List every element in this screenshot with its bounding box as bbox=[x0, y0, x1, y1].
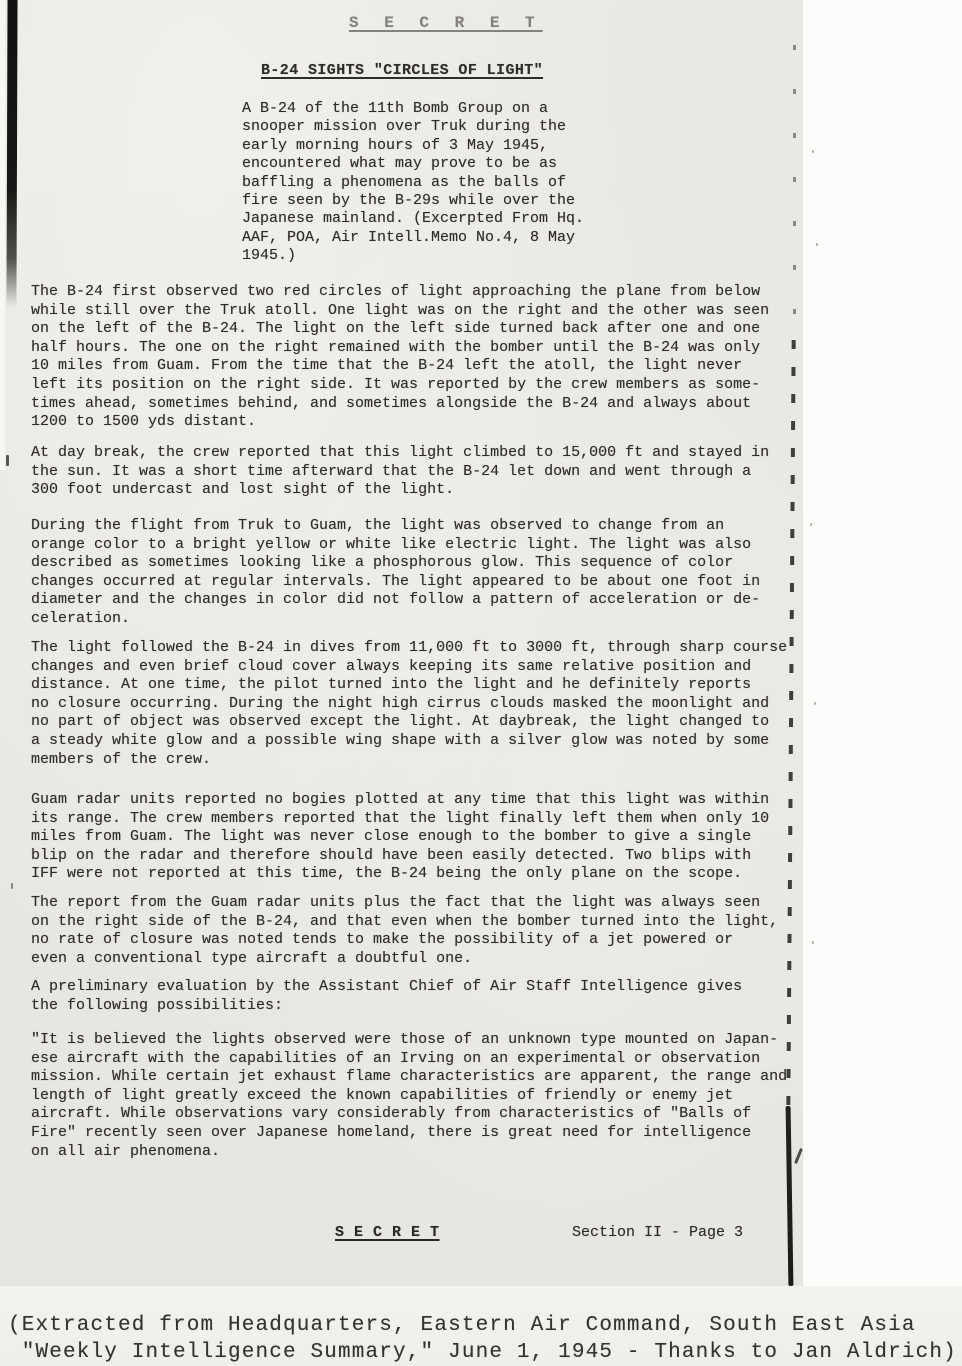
scan-speck bbox=[810, 523, 812, 526]
right-binding-line bbox=[786, 1106, 794, 1286]
scan-speck bbox=[812, 150, 814, 153]
page-edge-highlight bbox=[0, 0, 5, 470]
paragraph-4: The light followed the B-24 in dives fro… bbox=[31, 639, 787, 769]
scan-speck bbox=[814, 702, 816, 705]
caption-strip: (Extracted from Headquarters, Eastern Ai… bbox=[0, 1286, 962, 1366]
right-binding-marks bbox=[786, 340, 795, 1108]
paragraph-1: The B-24 first observed two red circles … bbox=[31, 283, 769, 432]
right-binding-marks-upper bbox=[793, 45, 796, 340]
source-caption: (Extracted from Headquarters, Eastern Ai… bbox=[8, 1312, 957, 1366]
classification-stamp-top: S E C R E T bbox=[349, 14, 543, 32]
scan-speck bbox=[816, 243, 818, 246]
section-page-number: Section II - Page 3 bbox=[572, 1224, 743, 1241]
document-page: S E C R E T B-24 SIGHTS "CIRCLES OF LIGH… bbox=[0, 0, 803, 1286]
scanned-document-view: S E C R E T B-24 SIGHTS "CIRCLES OF LIGH… bbox=[0, 0, 962, 1366]
left-binding-shadow bbox=[6, 0, 17, 308]
document-title: B-24 SIGHTS "CIRCLES OF LIGHT" bbox=[261, 62, 543, 79]
classification-stamp-bottom: S E C R E T bbox=[335, 1224, 440, 1241]
paragraph-5: Guam radar units reported no bogies plot… bbox=[31, 791, 769, 884]
scan-speck bbox=[6, 455, 9, 466]
scan-tick-mark bbox=[794, 1148, 803, 1164]
scan-speck bbox=[812, 941, 814, 944]
paragraph-2: At day break, the crew reported that thi… bbox=[31, 444, 769, 500]
scan-speck bbox=[11, 883, 13, 889]
excerpt-paragraph: A B-24 of the 11th Bomb Group on a snoop… bbox=[242, 100, 584, 266]
paragraph-6: The report from the Guam radar units plu… bbox=[31, 894, 778, 968]
paragraph-7: A preliminary evaluation by the Assistan… bbox=[31, 978, 742, 1015]
paragraph-3: During the flight from Truk to Guam, the… bbox=[31, 517, 760, 629]
paragraph-8: "It is believed the lights observed were… bbox=[31, 1031, 787, 1161]
